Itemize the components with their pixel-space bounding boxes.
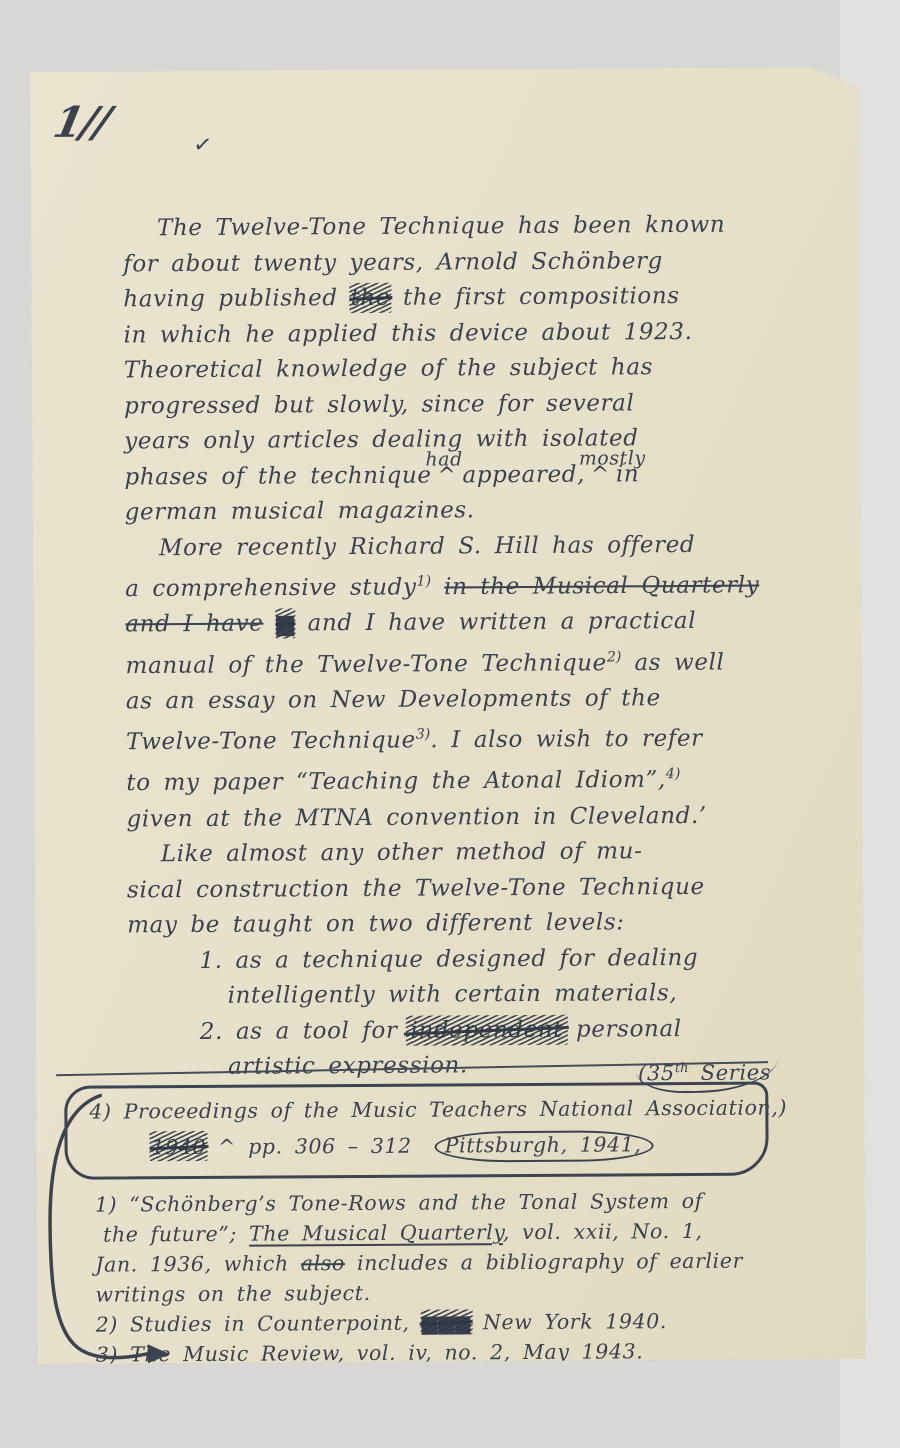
footnote-marker: 2) [607,649,622,665]
handwritten-text: the future”; [103,1222,249,1247]
handwritten-text: appeared, [462,461,585,488]
inserted-word: mostly [579,442,646,478]
handwritten-text: 1) “Schönberg’s Tone-Rows and the Tonal … [95,1189,703,1217]
handwritten-line: 4) Proceedings of the Music Teachers Nat… [89,1090,765,1130]
handwritten-line: intelligently with certain materials, [228,975,800,1014]
handwritten-text: may be taught on two different levels: [127,910,625,939]
footnote-marker: 4) [666,767,681,783]
struck-text: and I have [125,611,263,638]
handwritten-line: 1940 ^ pp. 306 – 312 Pittsburgh, 1941, [151,1126,765,1166]
inserted-word: had [425,443,462,479]
handwritten-text: writings on the subject. [95,1281,370,1307]
handwritten-line: manual of the Twelve-Tone Technique2) as… [125,639,797,684]
handwritten-text: for about twenty years, Arnold Schönberg [123,248,663,277]
handwritten-text: ^ pp. 306 – 312 [206,1134,435,1159]
handwritten-text: the first compositions [390,283,680,311]
handwritten-line: progressed but slowly, since for several [124,385,796,425]
scribbled-text: ▆ [276,607,295,643]
handwritten-line: Jan. 1936, which also includes a bibliog… [95,1245,835,1280]
check-mark-icon: ✓ [192,132,214,159]
scribbled-text: the [350,281,390,317]
handwritten-line: 3) The Music Review, vol. iv, no. 2, May… [96,1335,836,1370]
footnote-marker: 3) [416,727,431,743]
footnotes-block: 1) “Schönberg’s Tone-Rows and the Tonal … [95,1185,836,1370]
handwritten-line: in which he applied this device about 19… [124,314,796,354]
handwritten-line: having published the the first compositi… [123,278,795,318]
scribbled-text: ▆▆▆ [422,1307,471,1337]
series-ordinal-suffix: th [675,1061,689,1076]
handwritten-line: Like almost any other method of mu- [161,833,799,872]
handwritten-text: , vol. xxii, No. 1, [503,1219,703,1244]
handwritten-text: . I also wish to refer [430,726,703,754]
handwritten-line: given at the MTNA convention in Clevelan… [126,798,798,838]
underlined-title: The Music Review [130,1341,337,1366]
handwritten-line: 1. as a technique designed for dealing [199,940,799,979]
handwritten-text: as an essay on New Developments of the [126,685,661,714]
handwritten-line: sical construction the Twelve-Tone Techn… [127,869,799,909]
struck-text: also [301,1251,345,1275]
handwritten-line: writings on the subject. [95,1275,835,1310]
handwritten-text: 2) Studies in Counterpoint, [96,1311,422,1337]
manuscript-paper: 1// ✓ The Twelve-Tone Technique has been… [30,67,866,1364]
handwritten-text: The Twelve-Tone Technique has been known [157,212,725,241]
handwritten-text: intelligently with certain materials, [228,980,678,1009]
handwritten-line: 2) Studies in Counterpoint, ▆▆▆ New York… [96,1305,836,1340]
handwritten-text: as well [621,649,724,676]
handwritten-text: artistic expression. [228,1052,468,1079]
handwritten-text: includes a bibliography of earlier [345,1249,743,1275]
inserted-word: had^ [431,458,462,494]
handwritten-text: having published [123,285,350,312]
handwritten-text: personal [563,1016,682,1043]
handwritten-text [431,574,444,600]
handwritten-text: Jan. 1936, which [95,1251,301,1276]
handwritten-line: as an essay on New Developments of the [126,680,798,720]
handwritten-text: and I have written a practical [295,608,697,636]
handwritten-text: 3) [96,1342,131,1366]
handwritten-line: german musical magazines. [125,491,797,531]
scribbled-text: 1940 [151,1129,206,1165]
circled-text: Pittsburgh, 1941, [435,1130,654,1162]
scribbled-text: independent [410,1012,563,1048]
handwritten-text: german musical magazines. [125,497,475,525]
handwritten-line: Theoretical knowledge of the subject has [124,349,796,389]
handwritten-line: a comprehensive study1) in the Musical Q… [125,562,797,607]
handwritten-text: Theoretical knowledge of the subject has [124,354,653,383]
inserted-word: mostly^ [585,457,616,493]
handwritten-text: New York 1940. [471,1309,667,1334]
handwritten-text: 1. as a technique designed for dealing [199,945,698,974]
handwritten-text: Twelve-Tone Technique [126,728,416,756]
footnote-marker: 1) [416,574,431,590]
handwritten-text: years only articles dealing with isolate… [124,425,638,454]
underlined-title: The Musical Quarterly [249,1220,503,1246]
scan-background: { "colors": { "background": "#d8d7d5", "… [0,0,900,1448]
handwritten-text: More recently Richard S. Hill has offere… [159,531,695,560]
handwritten-line: and I have ▆ and I have written a practi… [125,603,797,643]
handwritten-text: a comprehensive study [125,574,417,602]
handwritten-text: 4) Proceedings of the Music Teachers Nat… [89,1095,787,1123]
footnote-4-boxed-annotation: 4) Proceedings of the Music Teachers Nat… [64,1082,769,1180]
handwritten-text: Like almost any other method of mu- [161,838,643,867]
handwritten-text: progressed but slowly, since for several [124,390,635,419]
handwritten-text: to my paper “Teaching the Atonal Idiom”, [126,767,666,796]
handwritten-text: in which he applied this device about 19… [124,318,693,347]
handwritten-line: may be taught on two different levels: [127,904,799,944]
handwritten-line: The Twelve-Tone Technique has been known [157,207,795,246]
manuscript-body-text: The Twelve-Tone Technique has been known… [123,207,800,1086]
handwritten-line: 2. as a tool for independent personal [200,1011,800,1050]
handwritten-line: the future”; The Musical Quarterly, vol.… [103,1215,835,1249]
handwritten-line: Twelve-Tone Technique3). I also wish to … [126,716,798,761]
struck-text: in the Musical Quarterly [444,572,759,600]
handwritten-text: , vol. iv, no. 2, May 1943. [337,1339,643,1365]
handwritten-text: 2. as a tool for [200,1017,411,1044]
handwritten-line: 1) “Schönberg’s Tone-Rows and the Tonal … [95,1185,835,1220]
handwritten-line: to my paper “Teaching the Atonal Idiom”,… [126,757,798,802]
handwritten-line: More recently Richard S. Hill has offere… [159,527,797,566]
page-number-mark: 1// [49,97,113,146]
handwritten-text: phases of the technique [124,462,431,490]
handwritten-text: manual of the Twelve-Tone Technique [126,650,607,679]
handwritten-line: for about twenty years, Arnold Schönberg [123,243,795,283]
handwritten-text: given at the MTNA convention in Clevelan… [126,803,706,833]
handwritten-text: sical construction the Twelve-Tone Techn… [127,874,705,904]
handwritten-line: phases of the techniquehad^appeared,most… [124,456,796,496]
